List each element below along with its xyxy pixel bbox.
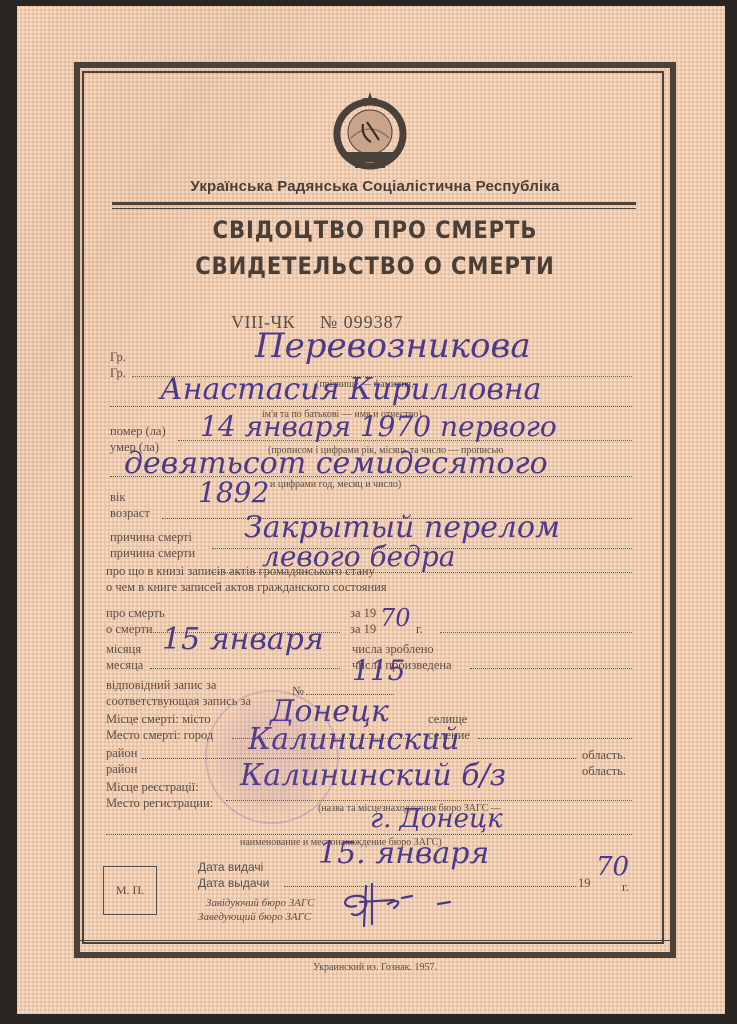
- cause-label-rus: причина смерти: [110, 546, 195, 560]
- death-date-handwritten-2: девятьсот семидесятого: [124, 446, 548, 481]
- cause-label-ukr: причина смерті: [110, 530, 192, 544]
- title-ukrainian: СВІДОЦТВО ПРО СМЕРТЬ: [115, 216, 634, 244]
- reg-place-label-rus: Место регистрации:: [106, 796, 213, 810]
- district-label-rus: район: [106, 762, 137, 776]
- book-text-rus: о чем в книге записей актов гражданского…: [106, 580, 387, 594]
- record-year-handwritten: 70: [380, 604, 411, 632]
- death-label-rus: о смерти: [106, 622, 153, 636]
- reg-place-label-ukr: Місце реєстрації:: [106, 780, 199, 794]
- issue-date-label-ukr: Дата видачі: [198, 860, 263, 874]
- stamp-place-box: М. П.: [103, 866, 157, 915]
- issue-date-label-rus: Дата выдачи: [198, 876, 269, 890]
- head-label-rus: Заведующий бюро ЗАГС: [198, 910, 311, 924]
- place-label-ukr: Місце смерті: місто: [106, 712, 211, 726]
- year-label-rus: за 19: [350, 622, 376, 636]
- issue-year-label: 19: [578, 876, 591, 890]
- record-label-ukr: відповідний запис за: [106, 678, 216, 692]
- stamp-place-label: М. П.: [116, 883, 144, 898]
- reg-place-line-2: [106, 834, 632, 835]
- book-text-ukr: про що в книзі записів актів громадянськ…: [106, 564, 375, 578]
- death-label-ukr: про смерть: [106, 606, 165, 620]
- day-made-line: [470, 668, 632, 669]
- header-rule-thin: [112, 208, 636, 209]
- signature-icon: [338, 880, 468, 930]
- year-label-ukr: за 19: [350, 606, 376, 620]
- record-day-month-handwritten: 15 января: [162, 622, 324, 657]
- village-line: [478, 738, 632, 739]
- region-label-rus: область.: [582, 764, 626, 778]
- death-date-handwritten: 14 января 1970 первого: [200, 410, 557, 443]
- reg-city-handwritten: г. Донецк: [370, 804, 503, 834]
- district-label-ukr: район: [106, 746, 137, 760]
- month-label-ukr: місяця: [106, 642, 141, 656]
- footer-rule: [74, 940, 676, 941]
- title-russian: СВИДЕТЕЛЬСТВО О СМЕРТИ: [115, 252, 634, 280]
- issue-year-suffix: г.: [622, 880, 629, 894]
- citizen-label-rus: Гр.: [110, 366, 126, 380]
- head-label-ukr: Завідуючий бюро ЗАГС: [206, 896, 315, 910]
- printer-imprint: Украинский из. Гознак. 1957.: [80, 962, 670, 973]
- republic-name: Українська Радянська Соціалістична Респу…: [80, 178, 670, 195]
- age-label-ukr: вік: [110, 490, 125, 504]
- month-label-rus: месяца: [106, 658, 143, 672]
- year-rest-line: [440, 632, 632, 633]
- header-rule: [112, 202, 636, 205]
- issue-year-handwritten: 70: [596, 852, 629, 882]
- birth-year-handwritten: 1892: [198, 476, 269, 509]
- died-label-ukr: помер (ла): [110, 424, 166, 438]
- record-number-handwritten: 115: [352, 654, 405, 687]
- month-line: [150, 668, 340, 669]
- age-label-rus: возраст: [110, 506, 150, 520]
- ukrainian-ssr-coat-of-arms-icon: [333, 90, 407, 174]
- official-stamp: [205, 690, 339, 824]
- year-suffix-rus: г.: [416, 622, 423, 636]
- date-hint-2: и цифрами год, месяц и число): [270, 478, 401, 492]
- issue-date-handwritten: 15. января: [318, 836, 489, 871]
- citizen-label-ukr: Гр.: [110, 350, 126, 364]
- name-handwritten: Анастасия Кирилловна: [160, 372, 541, 407]
- surname-handwritten: Перевозникова: [255, 326, 531, 366]
- place-label-rus: Место смерті: город: [106, 728, 213, 742]
- region-label-ukr: область.: [582, 748, 626, 762]
